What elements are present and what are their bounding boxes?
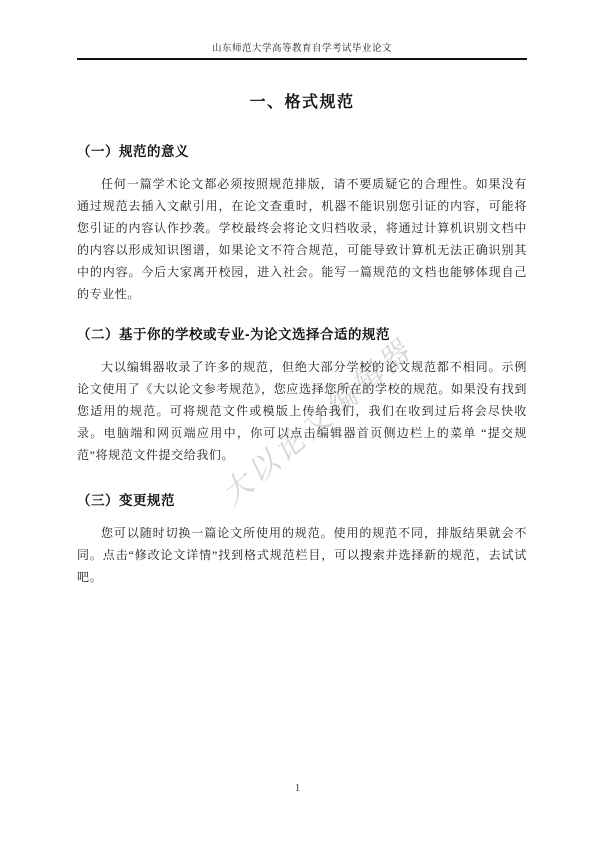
body-paragraph: 您可以随时切换一篇论文所使用的规范。使用的规范不同，排版结果就会不同。点击“修改…	[77, 522, 527, 588]
section-heading-1: （一）规范的意义	[77, 143, 527, 161]
page-header: 山东师范大学高等教育自学考试毕业论文	[77, 0, 527, 60]
body-paragraph: 大以编辑器收录了许多的规范，但绝大部分学校的论文规范都不相同。示例论文使用了《大…	[77, 356, 527, 466]
section-heading-2: （二）基于你的学校或专业-为论文选择合适的规范	[77, 326, 527, 344]
page-title: 一、格式规范	[77, 92, 527, 114]
body-paragraph: 任何一篇学术论文都必须按照规范排版，请不要质疑它的合理性。如果没有通过规范去插入…	[77, 173, 527, 305]
document-body: 一、格式规范 （一）规范的意义 任何一篇学术论文都必须按照规范排版，请不要质疑它…	[77, 57, 527, 588]
page-number: 1	[0, 783, 595, 794]
document-page: 山东师范大学高等教育自学考试毕业论文 大以论文编辑器 一、格式规范 （一）规范的…	[0, 0, 595, 842]
section-heading-3: （三）变更规范	[77, 492, 527, 510]
header-text: 山东师范大学高等教育自学考试毕业论文	[212, 40, 392, 54]
